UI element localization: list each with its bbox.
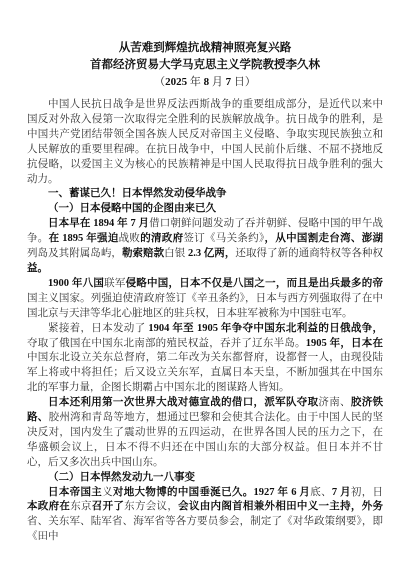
text-run: 日本早在 1894 年 7 月 — [48, 218, 149, 229]
text-run: 益。 — [27, 263, 48, 274]
text-run: 侵略中国，日本不仅是八国之一，而且是出兵最多的帝 — [126, 278, 383, 289]
text-run: 1905 年，日本在 — [306, 338, 383, 349]
text-run: 对地大物博的中国垂涎已久。1927 年 6 月 — [113, 487, 310, 498]
text-run: 月 — [212, 76, 226, 88]
text-run: 战败 — [119, 233, 141, 244]
text-run: 8 — [204, 76, 212, 88]
section-heading: 一、蓄谋已久！日本悍然发动侵华战争 — [27, 187, 383, 202]
text-run: 7 月 — [332, 487, 351, 498]
paragraph: 日本帝国主义对地大物博的中国垂涎已久。1927 年 6 月底、7 月初，日本政府… — [27, 486, 383, 546]
text-run: 1900 年八国 — [48, 278, 104, 289]
text-run: 济南、 — [318, 397, 350, 408]
text-run: 中国人民抗日战争是世界反法西斯战争的重要组成部分，是近代以来中国反对外敌入侵第一… — [27, 99, 383, 185]
text-run: 联军 — [104, 278, 125, 289]
text-run: 初，日 — [351, 487, 383, 498]
paragraph: 紧接着，日本发动了 1904 年至 1905 年争夺中国东北利益的日俄战争，夺取… — [27, 322, 383, 397]
paragraph: 1900 年八国联军侵略中国，日本不仅是八国之一，而且是出兵最多的帝国主义国家。… — [27, 277, 383, 322]
text-run: 签订《马关条约》 — [183, 233, 264, 244]
text-run: 底、 — [310, 487, 332, 498]
text-run: （一）日本侵略中国的企图由来已久 — [48, 203, 216, 214]
document-author-line: 首都经济贸易大学马克思主义学院教授李久林 — [27, 57, 383, 74]
text-run: 夺取了俄国在中国东北南部的殖民权益，吞并了辽东半岛。 — [27, 338, 306, 349]
text-run: 东方会议， — [124, 501, 178, 512]
text-run: 一、蓄谋已久！日本悍然发动侵华战争 — [48, 188, 227, 199]
text-run: 东京 — [70, 501, 92, 512]
text-run: 会议由内阁首相兼外相田中义一主持，外务 — [178, 501, 383, 512]
text-run: 勒索赔款 — [122, 248, 164, 259]
text-run: 省、关东军、陆军省、海军省等各方要员参会，制定了《对华政策纲要》，即《田中 — [27, 516, 383, 542]
text-run: 国主义国家。列强迫使清政府签订《辛丑条约》，日本与西方列强取得了在中国北京与天津… — [27, 293, 383, 319]
text-run: 2.3 亿两， — [188, 248, 235, 259]
text-run: 白银 — [164, 248, 188, 259]
text-run: 在 1895 年强迫 — [49, 233, 119, 244]
paragraph: 中国人民抗日战争是世界反法西斯战争的重要组成部分，是近代以来中国反对外敌入侵第一… — [27, 98, 383, 187]
text-run: （二）日本悍然发动九一八事变 — [48, 472, 195, 483]
text-run: 2025 — [165, 76, 190, 88]
paragraph: 日本还利用第一次世界大战对德宣战的借口，派军队夺取济南、胶济铁路、胶州湾和青岛等… — [27, 396, 383, 471]
text-run: 1904 年至 1905 年争夺中国东北利益的日俄战争， — [148, 323, 383, 334]
document-title: 从苦难到辉煌抗战精神照亮复兴路 — [27, 40, 383, 57]
section-heading: （二）日本悍然发动九一八事变 — [27, 471, 383, 486]
section-heading: （一）日本侵略中国的企图由来已久 — [27, 202, 383, 217]
text-run: 的清政府 — [140, 233, 183, 244]
document-page: 从苦难到辉煌抗战精神照亮复兴路 首都经济贸易大学马克思主义学院教授李久林 （20… — [0, 0, 409, 580]
text-run: 召开了 — [92, 501, 124, 512]
text-run: 列岛及其附属岛屿， — [27, 248, 122, 259]
text-run: 本政府在 — [27, 501, 70, 512]
text-run: （ — [154, 76, 165, 88]
text-run: 年 — [190, 76, 204, 88]
text-run: 胶州湾和青岛等地方，想通过巴黎和会使其合法化。由于中国人民的坚决反对，国内发生了… — [27, 412, 383, 468]
text-run: 义 — [102, 487, 113, 498]
text-run: 日） — [234, 76, 256, 88]
paragraph-list: 中国人民抗日战争是世界反法西斯战争的重要组成部分，是近代以来中国反对外敌入侵第一… — [27, 98, 383, 545]
text-run: 中国东北设立关东总督府，第二年改为关东都督府，设都督一人，由现役陆军上将或中将担… — [27, 352, 383, 393]
text-run: 还取得了新的通商特权等各种权 — [235, 248, 383, 259]
text-run: 7 — [226, 76, 234, 88]
text-run: 紧接着，日本发动了 — [48, 323, 148, 334]
document-date-line: （2025 年 8 月 7 日） — [27, 74, 383, 91]
text-run: ，从中国割走台湾、澎湖 — [265, 233, 383, 244]
text-run: 日本还利用第一次世界大战对德宣战的借口，派军队夺取 — [48, 397, 318, 408]
paragraph: 日本早在 1894 年 7 月借口朝鲜问题发动了吞并朝鲜、侵略中国的甲午战争。在… — [27, 217, 383, 277]
text-run: 日本帝国主 — [48, 487, 102, 498]
